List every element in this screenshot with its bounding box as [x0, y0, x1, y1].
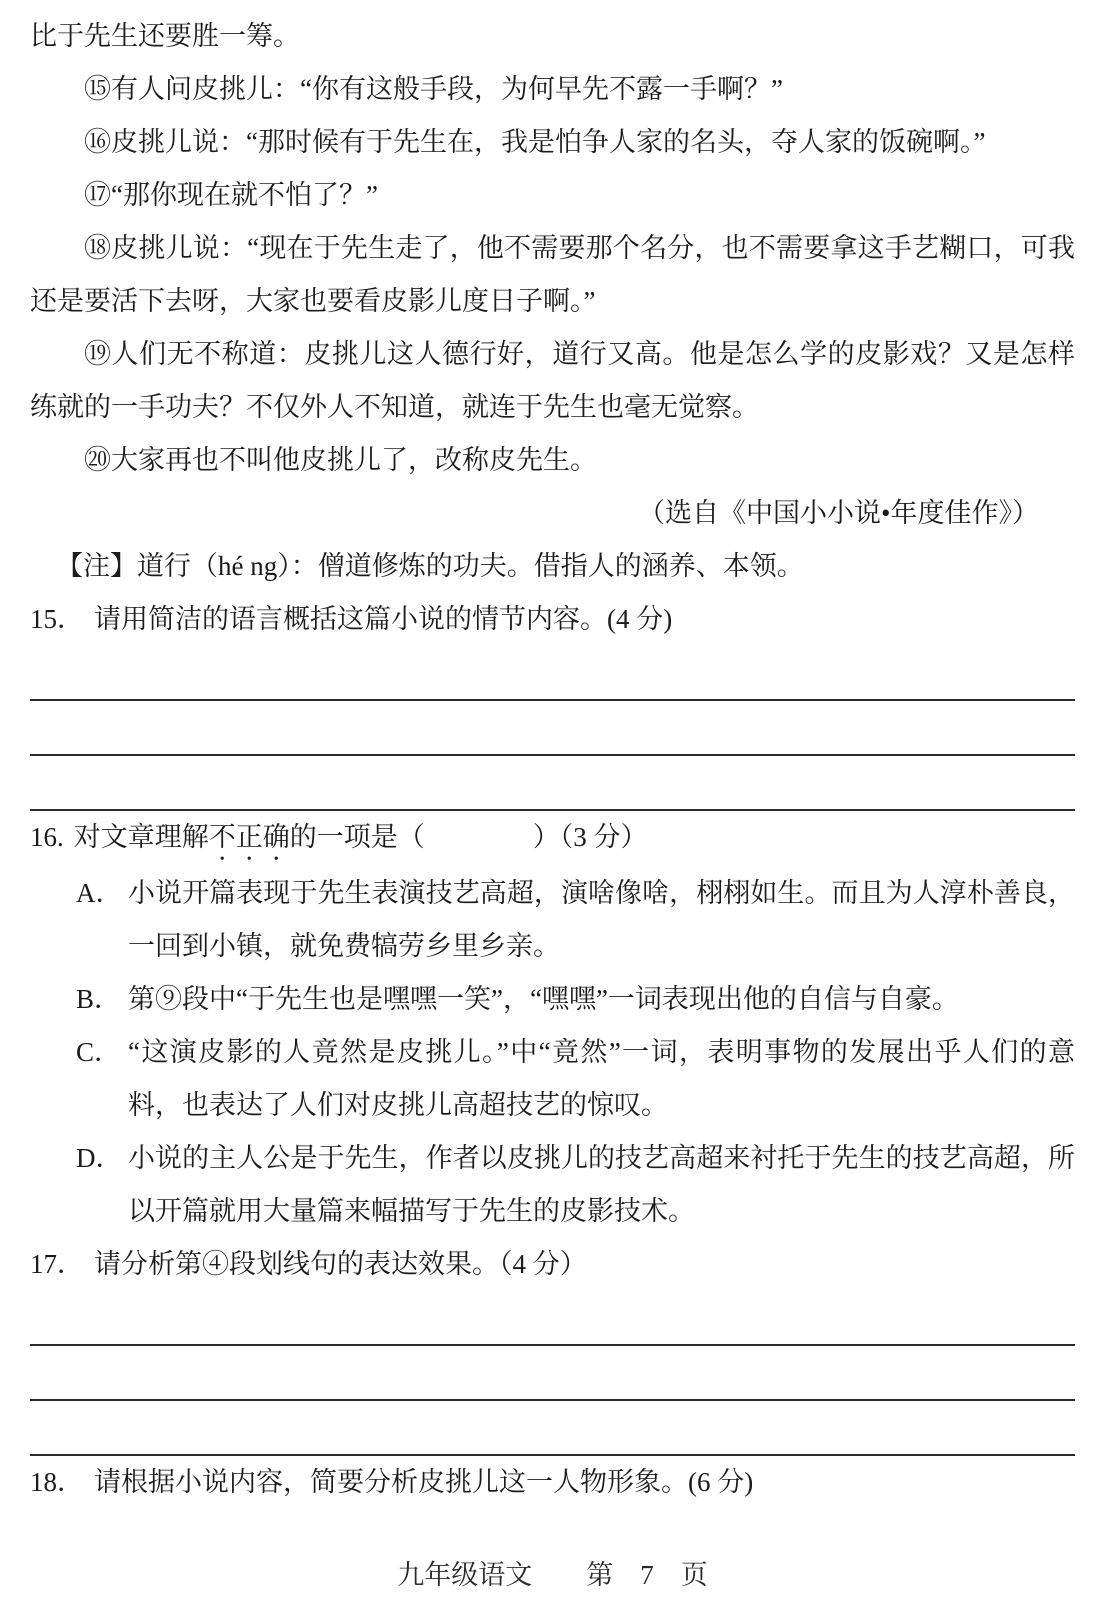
- continuation-line: 比于先生还要胜一筹。: [30, 10, 1075, 63]
- question-17: 17．请分析第④段划线句的表达效果。（4 分）: [30, 1238, 1075, 1291]
- question-15-text: 请用简洁的语言概括这篇小说的情节内容。(4 分): [94, 604, 672, 634]
- source-citation: （选自《中国小小说•年度佳作》）: [30, 487, 1075, 540]
- question-16: 16.对文章理解不正确的一项是（ ）（3 分）: [30, 811, 1075, 867]
- option-a-text: 小说开篇表现于先生表演技艺高超，演啥像啥，栩栩如生。而且为人淳朴善良，一回到小镇…: [128, 867, 1075, 973]
- option-b-text: 第⑨段中“于先生也是嘿嘿一笑”，“嘿嘿”一词表现出他的自信与自豪。: [128, 973, 1075, 1026]
- question-15: 15．请用简洁的语言概括这篇小说的情节内容。(4 分): [30, 593, 1075, 646]
- option-a: A． 小说开篇表现于先生表演技艺高超，演啥像啥，栩栩如生。而且为人淳朴善良，一回…: [76, 867, 1075, 973]
- answer-line: [30, 1291, 1075, 1346]
- option-d-label: D．: [76, 1132, 128, 1238]
- question-17-text: 请分析第④段划线句的表达效果。（4 分）: [94, 1249, 587, 1279]
- option-a-label: A．: [76, 867, 128, 973]
- question-18: 18．请根据小说内容，简要分析皮挑儿这一人物形象。(6 分): [30, 1456, 1075, 1509]
- question-18-number: 18．: [30, 1467, 84, 1497]
- answer-line: [30, 701, 1075, 756]
- story-paragraph-18: ⑱皮挑儿说：“现在于先生走了，他不需要那个名分，也不需要拿这手艺糊口，可我还是要…: [30, 222, 1075, 328]
- question-16-options: A． 小说开篇表现于先生表演技艺高超，演啥像啥，栩栩如生。而且为人淳朴善良，一回…: [46, 867, 1075, 1238]
- option-d: D． 小说的主人公是于先生，作者以皮挑儿的技艺高超来衬托于先生的技艺高超，所以开…: [76, 1132, 1075, 1238]
- story-paragraph-16: ⑯皮挑儿说：“那时候有于先生在，我是怕争人家的名头，夺人家的饭碗啊。”: [30, 116, 1075, 169]
- option-c-label: C．: [76, 1026, 128, 1132]
- answer-line: [30, 1346, 1075, 1401]
- page-footer: 九年级语文 第 7 页: [30, 1555, 1075, 1595]
- story-paragraph-20: ⑳大家再也不叫他皮挑儿了，改称皮先生。: [30, 434, 1075, 487]
- question-18-text: 请根据小说内容，简要分析皮挑儿这一人物形象。(6 分): [94, 1467, 753, 1497]
- question-16-text-prefix: 对文章理解: [74, 822, 209, 852]
- story-paragraph-17: ⑰“那你现在就不怕了？”: [30, 169, 1075, 222]
- option-c-text: “这演皮影的人竟然是皮挑儿。”中“竟然”一词，表明事物的发展出乎人们的意料，也表…: [128, 1026, 1075, 1132]
- answer-line: [30, 756, 1075, 811]
- answer-line: [30, 646, 1075, 701]
- note-line: 【注】道行（hé ng）：僧道修炼的功夫。借指人的涵养、本领。: [30, 540, 1075, 593]
- story-paragraph-19: ⑲人们无不称道：皮挑儿这人德行好，道行又高。他是怎么学的皮影戏？又是怎样练就的一…: [30, 328, 1075, 434]
- story-paragraph-15: ⑮有人问皮挑儿：“你有这般手段，为何早先不露一手啊？”: [30, 63, 1075, 116]
- option-b-label: B．: [76, 973, 128, 1026]
- question-15-answer-area: [30, 646, 1075, 811]
- exam-paper-page: 比于先生还要胜一筹。 ⑮有人问皮挑儿：“你有这般手段，为何早先不露一手啊？” ⑯…: [0, 0, 1109, 1602]
- option-d-text: 小说的主人公是于先生，作者以皮挑儿的技艺高超来衬托于先生的技艺高超，所以开篇就用…: [128, 1132, 1075, 1238]
- question-17-answer-area: [30, 1291, 1075, 1456]
- question-16-text-suffix: 的一项是（ ）（3 分）: [290, 822, 648, 852]
- question-16-number: 16.: [30, 822, 64, 852]
- question-15-number: 15．: [30, 604, 84, 634]
- option-b: B． 第⑨段中“于先生也是嘿嘿一笑”，“嘿嘿”一词表现出他的自信与自豪。: [76, 973, 1075, 1026]
- question-16-emphasized-text: 不正确: [209, 822, 290, 852]
- option-c: C． “这演皮影的人竟然是皮挑儿。”中“竟然”一词，表明事物的发展出乎人们的意料…: [76, 1026, 1075, 1132]
- answer-line: [30, 1401, 1075, 1456]
- question-17-number: 17．: [30, 1249, 84, 1279]
